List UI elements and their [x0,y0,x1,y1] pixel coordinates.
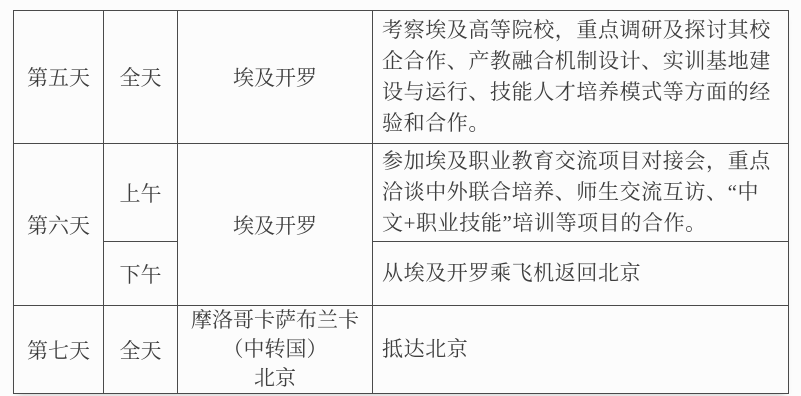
table-row-day6-morning: 第六天 上午 埃及开罗 参加埃及职业教育交流项目对接会，重点洽谈中外联合培养、师… [14,144,789,242]
day-cell: 第七天 [14,306,104,394]
time-cell: 全天 [104,306,178,394]
document-page: 第五天 全天 埃及开罗 考察埃及高等院校，重点调研及探讨其校企合作、产教融合机制… [0,0,801,396]
time-cell: 全天 [104,11,178,144]
location-cell: 埃及开罗 [178,11,373,144]
day-cell: 第六天 [14,144,104,306]
location-cell: 埃及开罗 [178,144,373,306]
time-cell: 下午 [104,242,178,306]
table-row-day6-afternoon: 下午 从埃及开罗乘飞机返回北京 [14,242,789,306]
description-cell: 从埃及开罗乘飞机返回北京 [373,242,789,306]
description-cell: 考察埃及高等院校，重点调研及探讨其校企合作、产教融合机制设计、实训基地建设与运行… [373,11,789,144]
time-cell: 上午 [104,144,178,242]
day-cell: 第五天 [14,11,104,144]
table-row-day5: 第五天 全天 埃及开罗 考察埃及高等院校，重点调研及探讨其校企合作、产教融合机制… [14,11,789,144]
itinerary-table: 第五天 全天 埃及开罗 考察埃及高等院校，重点调研及探讨其校企合作、产教融合机制… [13,10,789,394]
description-cell: 抵达北京 [373,306,789,394]
table-row-day7: 第七天 全天 摩洛哥卡萨布兰卡 （中转国） 北京 抵达北京 [14,306,789,394]
location-cell: 摩洛哥卡萨布兰卡 （中转国） 北京 [178,306,373,394]
description-cell: 参加埃及职业教育交流项目对接会，重点洽谈中外联合培养、师生交流互访、“中文+职业… [373,144,789,242]
